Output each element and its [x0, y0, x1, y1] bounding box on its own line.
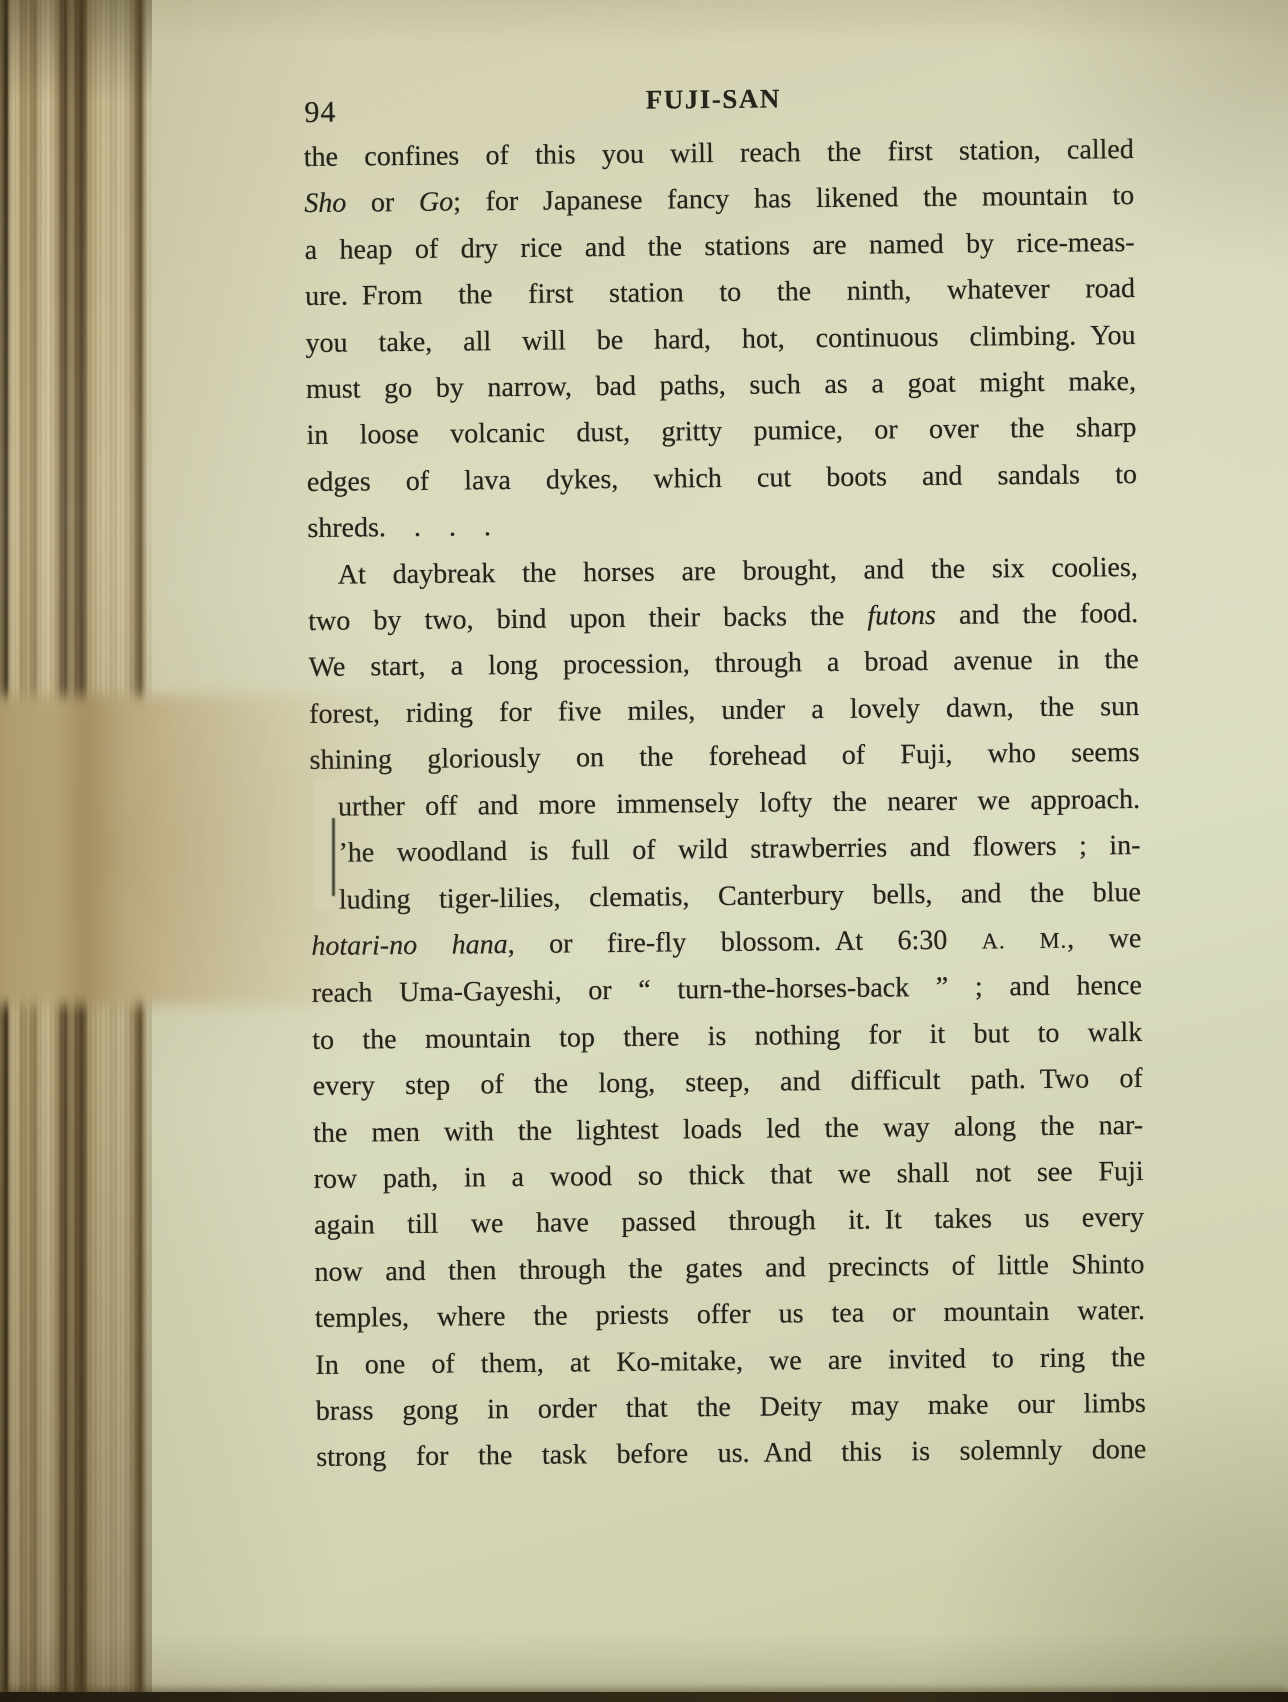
text-line: shining gloriously on the forehead of Fu… — [309, 730, 1139, 784]
text-segment: every step of the long, steep, and diffi… — [313, 1063, 1143, 1102]
book-page: 94 FUJI-SAN the confines of this you wil… — [0, 0, 1288, 1702]
text-line: again till we have passed through it. It… — [314, 1195, 1144, 1249]
text-line: the confines of this you will reach the … — [304, 127, 1134, 181]
text-line: At daybreak the horses are brought, and … — [308, 545, 1138, 599]
text-segment: ure. From the first station to the ninth… — [305, 273, 1135, 312]
running-header: FUJI-SAN — [293, 80, 1133, 119]
text-segment: you take, all will be hard, hot, continu… — [305, 320, 1135, 359]
text-line: In one of them, at Ko-mitake, we are inv… — [315, 1335, 1145, 1389]
text-segment: luding tiger-lilies, clematis, Canterbur… — [339, 876, 1141, 915]
text-line: every step of the long, steep, and diffi… — [313, 1056, 1143, 1110]
text-line: must go by narrow, bad paths, such as a … — [306, 359, 1136, 413]
text-segment: and the food. — [936, 598, 1139, 631]
text-segment: forest, riding for five miles, under a l… — [309, 691, 1139, 730]
text-segment: now and then through the gates and preci… — [314, 1249, 1144, 1288]
italic-text: futons — [867, 600, 936, 632]
text-segment: again till we have passed through it. It… — [314, 1202, 1144, 1241]
text-segment: row path, in a wood so thick that we sha… — [313, 1156, 1143, 1195]
italic-text: Go — [419, 187, 454, 218]
small-caps-text: A. M. — [982, 928, 1068, 954]
text-line: now and then through the gates and preci… — [314, 1242, 1144, 1296]
text-segment: ; for Japanese fancy has likened the mou… — [453, 180, 1134, 218]
italic-text: hotari-no hana — [311, 929, 508, 962]
text-segment: the confines of this you will reach the … — [304, 134, 1134, 173]
text-line: a heap of dry rice and the stations are … — [304, 220, 1134, 274]
text-segment: must go by narrow, bad paths, such as a … — [306, 366, 1136, 405]
text-segment: a heap of dry rice and the stations are … — [305, 227, 1135, 266]
page-bottom-edge — [0, 1692, 1288, 1702]
text-segment: We start, a long procession, through a b… — [309, 644, 1139, 683]
text-line: ʼhe woodland is full of wild strawberrie… — [338, 823, 1140, 877]
text-segment: or — [346, 187, 419, 219]
text-line: hotari-no hana, or fire-fly blossom. At … — [311, 916, 1141, 971]
text-segment: At daybreak the horses are brought, and … — [338, 552, 1138, 591]
text-line: We start, a long procession, through a b… — [308, 637, 1138, 691]
text-segment: edges of lava dykes, which cut boots and… — [307, 459, 1137, 498]
text-line: in loose volcanic dust, gritty pumice, o… — [306, 405, 1136, 459]
text-line: strong for the task before us. And this … — [316, 1427, 1146, 1481]
text-segment: shreds. . . . — [307, 511, 491, 544]
text-line: you take, all will be hard, hot, continu… — [305, 313, 1135, 367]
italic-text: Sho — [304, 188, 346, 219]
body-text: the confines of this you will reach the … — [304, 127, 1147, 1482]
text-line: two by two, bind upon their backs the fu… — [308, 591, 1138, 645]
text-line: to the mountain top there is nothing for… — [312, 1010, 1142, 1064]
text-segment: , we — [1067, 923, 1141, 955]
text-segment: brass gong in order that the Deity may m… — [316, 1388, 1146, 1427]
text-segment: urther off and more immensely lofty the … — [338, 784, 1140, 823]
text-line: reach Uma-Gayeshi, or “ turn-the-horses-… — [312, 963, 1142, 1017]
text-line: ure. From the first station to the ninth… — [305, 266, 1135, 320]
text-segment: , or fire-fly blossom. At 6:30 — [508, 924, 982, 960]
text-segment: shining gloriously on the forehead of Fu… — [309, 737, 1139, 776]
page-content: 94 FUJI-SAN the confines of this you wil… — [0, 0, 1288, 1702]
text-line: luding tiger-lilies, clematis, Canterbur… — [339, 869, 1141, 923]
text-line: row path, in a wood so thick that we sha… — [313, 1149, 1143, 1203]
text-line: edges of lava dykes, which cut boots and… — [307, 452, 1137, 506]
text-line: urther off and more immensely lofty the … — [338, 777, 1140, 831]
scan-line-artifact — [332, 818, 335, 896]
text-segment: the men with the lightest loads led the … — [313, 1109, 1143, 1148]
text-segment: In one of them, at Ko-mitake, we are inv… — [315, 1342, 1145, 1381]
text-segment: strong for the task before us. And this … — [316, 1434, 1146, 1473]
text-line: shreds. . . . — [307, 498, 1137, 552]
text-segment: to the mountain top there is nothing for… — [312, 1017, 1142, 1056]
text-segment: in loose volcanic dust, gritty pumice, o… — [306, 412, 1136, 451]
text-line: the men with the lightest loads led the … — [313, 1102, 1143, 1156]
text-segment: temples, where the priests offer us tea … — [315, 1295, 1145, 1334]
text-segment: ʼhe woodland is full of wild strawberrie… — [338, 830, 1140, 869]
text-segment: reach Uma-Gayeshi, or “ turn-the-horses-… — [312, 970, 1142, 1009]
text-segment: two by two, bind upon their backs the — [308, 601, 867, 637]
text-line: brass gong in order that the Deity may m… — [316, 1381, 1146, 1435]
text-line: temples, where the priests offer us tea … — [315, 1288, 1145, 1342]
text-line: forest, riding for five miles, under a l… — [309, 684, 1139, 738]
text-line: Sho or Go; for Japanese fancy has likene… — [304, 173, 1134, 227]
